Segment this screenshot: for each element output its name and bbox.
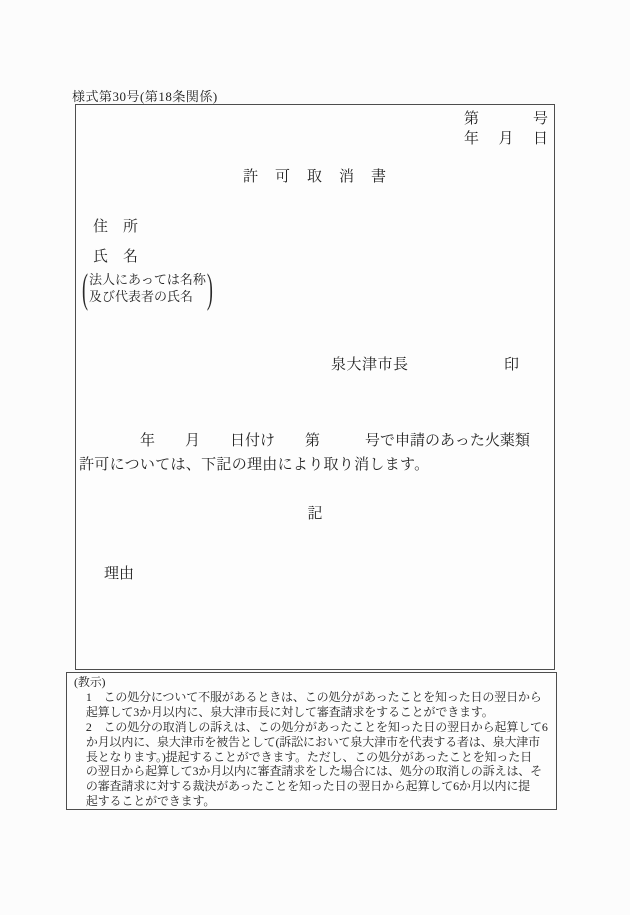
instructions-item2-line1: 2 この処分の取消しの訴えは、この処分があったことを知った日の翌日から起算して6 — [74, 720, 554, 735]
date-day-label: 日 — [533, 129, 548, 149]
revocation-statement: 許可については、下記の理由により取り消します。 — [79, 453, 429, 474]
instructions-item2-line3: 長となります。)提起することができます。ただし、この処分があったことを知った日 — [74, 750, 554, 765]
corporate-note-open-paren: ( — [81, 267, 89, 308]
name-label: 氏 名 — [93, 245, 138, 266]
corporate-note-close-paren: ) — [206, 267, 214, 308]
reason-label: 理由 — [104, 562, 134, 583]
address-label: 住 所 — [93, 215, 138, 236]
doc-number-suffix: 号 — [533, 109, 548, 129]
instructions-item2-line5: の審査請求に対する裁決があったことを知った日の翌日から起算して6か月以内に提 — [74, 779, 554, 794]
corporate-note-line-1: 法人にあっては名称 — [89, 271, 206, 288]
appeal-instructions-box: (教示) 1 この処分について不服があるときは、この処分があったことを知った日の… — [66, 672, 557, 810]
document-title: 許 可 取 消 書 — [76, 165, 554, 186]
form-number-label: 様式第30号(第18条関係) — [72, 86, 218, 105]
instructions-heading: (教示) — [74, 675, 554, 690]
main-form-box: 第 号 年 月 日 許 可 取 消 書 住 所 氏 名 ( 法人にあっては名称 … — [75, 104, 555, 670]
instructions-item1-line1: 1 この処分について不服があるときは、この処分があったことを知った日の翌日から — [74, 690, 554, 705]
instructions-item2-line2: か月以内に、泉大津市を被告として(訴訟において泉大津市を代表する者は、泉大津市 — [74, 735, 554, 750]
date-year-label: 年 — [464, 129, 479, 149]
instructions-item1-line2: 起算して3か月以内に、泉大津市長に対して審査請求をすることができます。 — [74, 705, 554, 720]
date-month-label: 月 — [498, 129, 513, 149]
seal-mark: 印 — [504, 353, 519, 374]
issuer-name: 泉大津市長 — [331, 353, 409, 374]
corporate-note-lines: 法人にあっては名称 及び代表者の氏名 — [89, 271, 206, 305]
application-reference-line: 年 月 日付け 第 号で申請のあった火薬類 — [80, 429, 530, 450]
instructions-item2-line4: の翌日から起算して3か月以内に審査請求をした場合には、処分の取消しの訴えは、そ — [74, 764, 554, 779]
corporate-note: ( 法人にあっては名称 及び代表者の氏名 ) — [81, 271, 214, 305]
note-heading: 記 — [76, 502, 554, 523]
corporate-note-line-2: 及び代表者の氏名 — [89, 288, 206, 305]
doc-number-date-block: 第 号 年 月 日 — [464, 109, 548, 149]
doc-date-row: 年 月 日 — [464, 129, 548, 149]
instructions-item2-line6: 起することができます。 — [74, 794, 554, 809]
document-page: 様式第30号(第18条関係) 第 号 年 月 日 許 可 取 消 書 住 所 氏… — [0, 0, 630, 915]
doc-number-row: 第 号 — [464, 109, 548, 129]
doc-number-prefix: 第 — [464, 109, 479, 129]
